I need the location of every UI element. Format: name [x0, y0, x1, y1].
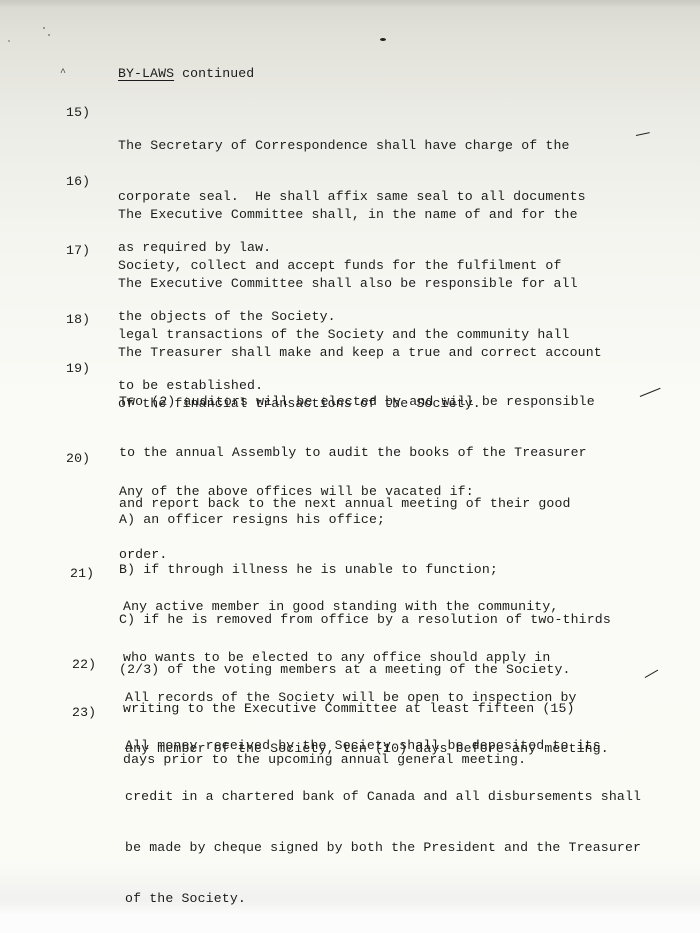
item-number: 16): [66, 174, 90, 189]
text-line: The Treasurer shall make and keep a true…: [118, 342, 602, 363]
scanned-page: ^ BY-LAWS continued 15) The Secretary of…: [0, 0, 700, 933]
item-number: 20): [66, 451, 90, 466]
text-line: The Executive Committee shall, in the na…: [118, 204, 578, 225]
scan-speck: [43, 27, 45, 29]
scan-edge-shadow: [0, 0, 700, 8]
scan-speck: [48, 34, 50, 36]
text-line: All money received by the Society shall …: [125, 735, 641, 756]
item-number: 22): [72, 657, 96, 672]
item-number: 15): [66, 105, 90, 120]
scan-speck: [8, 40, 10, 42]
text-line: The Executive Committee shall also be re…: [118, 273, 578, 294]
text-line: Two (2) auditors will be elected by and …: [119, 391, 595, 412]
margin-tick-mark: [645, 670, 659, 679]
heading-bylaws: BY-LAWS: [118, 66, 174, 81]
item-number: 18): [66, 312, 90, 327]
item-number: 21): [70, 566, 94, 581]
margin-caret-mark: ^: [60, 68, 66, 79]
subitem-a: A) an officer resigns his office;: [119, 510, 611, 530]
heading-continued: continued: [174, 66, 254, 81]
text-line: be made by cheque signed by both the Pre…: [125, 837, 641, 858]
page-heading: BY-LAWS continued: [118, 66, 254, 81]
text-line: The Secretary of Correspondence shall ha…: [118, 135, 586, 156]
margin-tick-mark: [636, 132, 650, 136]
text-line: credit in a chartered bank of Canada and…: [125, 786, 641, 807]
item-number: 23): [72, 705, 96, 720]
item-number: 19): [66, 361, 90, 376]
item-number: 17): [66, 243, 90, 258]
scan-speck: [380, 38, 386, 41]
margin-tick-mark: [640, 388, 661, 397]
text-line: of the Society.: [125, 888, 641, 909]
text-line: Any active member in good standing with …: [123, 596, 575, 617]
item-text: All money received by the Society shall …: [125, 705, 641, 933]
